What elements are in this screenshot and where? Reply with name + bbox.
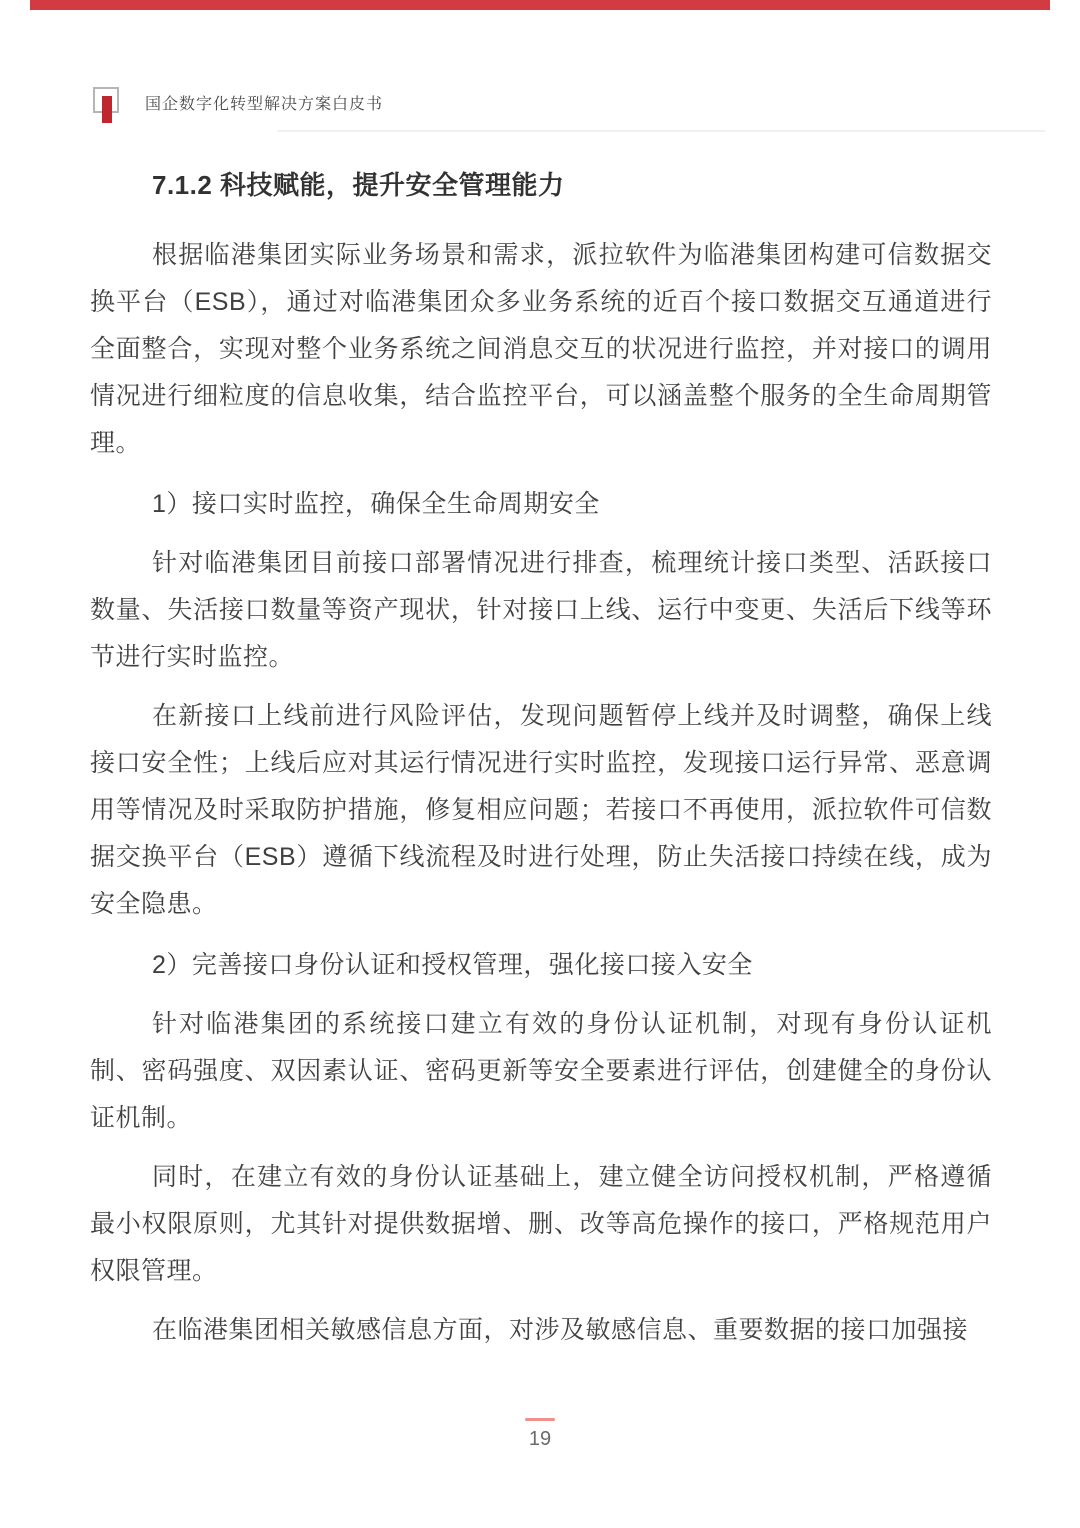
paragraph: 针对临港集团目前接口部署情况进行排查，梳理统计接口类型、活跃接口数量、失活接口数… (90, 540, 992, 681)
header-brand-text: 国企数字化转型解决方案白皮书 (145, 91, 383, 114)
paragraph: 在新接口上线前进行风险评估，发现问题暂停上线并及时调整，确保上线接口安全性；上线… (90, 693, 992, 928)
paragraph: 在临港集团相关敏感信息方面，对涉及敏感信息、重要数据的接口加强接 (90, 1307, 992, 1354)
logo-redbar-shape (102, 96, 112, 123)
document-page: 国企数字化转型解决方案白皮书 7.1.2 科技赋能，提升安全管理能力 根据临港集… (0, 0, 1080, 1528)
subheading: 2）完善接口身份认证和授权管理，强化接口接入安全 (90, 942, 992, 989)
page-header: 国企数字化转型解决方案白皮书 (93, 87, 383, 127)
page-footer: 19 (0, 1418, 1080, 1450)
section-title: 7.1.2 科技赋能，提升安全管理能力 (152, 168, 992, 202)
brand-logo-icon (93, 87, 127, 127)
paragraph: 同时，在建立有效的身份认证基础上，建立健全访问授权机制，严格遵循最小权限原则，尤… (90, 1154, 992, 1295)
subheading: 1）接口实时监控，确保全生命周期安全 (90, 481, 992, 528)
top-accent-bar (30, 0, 1050, 10)
main-content: 7.1.2 科技赋能，提升安全管理能力 根据临港集团实际业务场景和需求，派拉软件… (0, 131, 1080, 1354)
paragraph: 针对临港集团的系统接口建立有效的身份认证机制，对现有身份认证机制、密码强度、双因… (90, 1001, 992, 1142)
paragraph: 根据临港集团实际业务场景和需求，派拉软件为临港集团构建可信数据交换平台（ESB）… (90, 232, 992, 467)
page-number: 19 (0, 1428, 1080, 1450)
footer-accent-line (525, 1418, 555, 1421)
